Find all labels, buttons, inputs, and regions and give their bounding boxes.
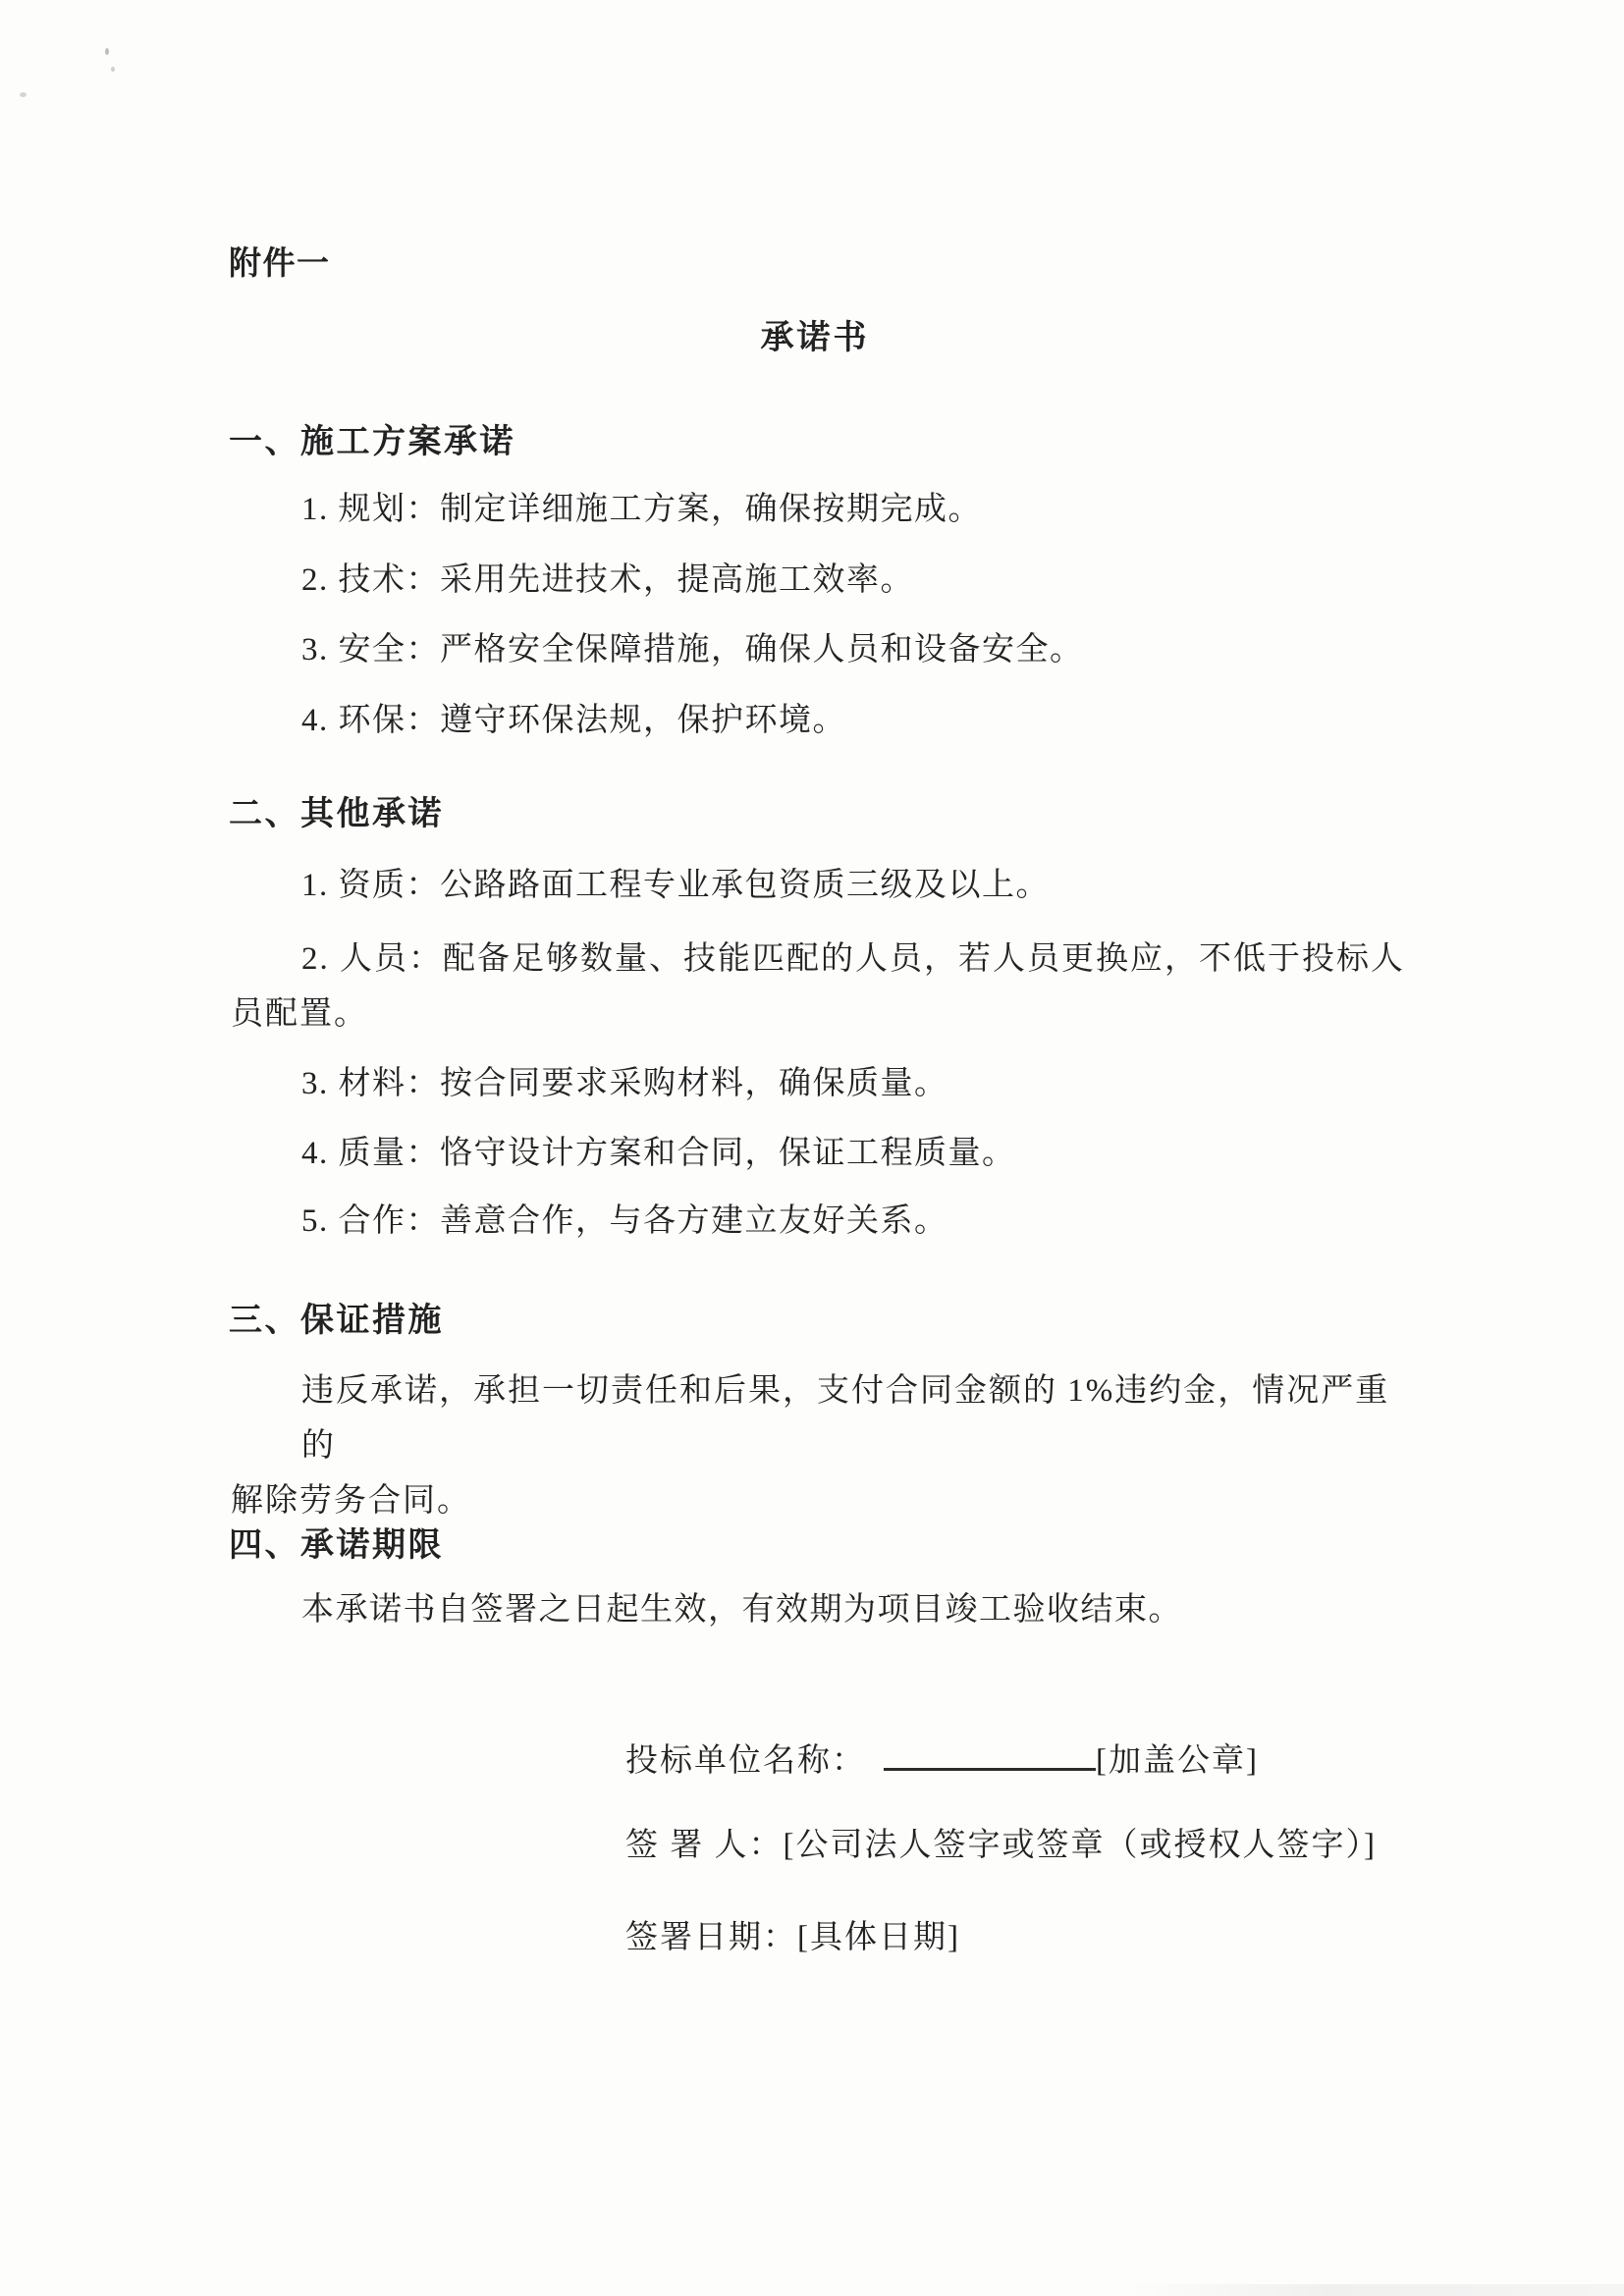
list-item-line: 员配置。 <box>231 987 1424 1041</box>
paragraph-line: 违反承诺，承担一切责任和后果，支付合同金额的 1%违约金，情况严重的 <box>231 1363 1424 1473</box>
signature-company-label: 投标单位名称： <box>625 1743 866 1779</box>
body-paragraph: 违反承诺，承担一切责任和后果，支付合同金额的 1%违约金，情况严重的 解除劳务合… <box>231 1363 1424 1528</box>
signature-signer-line: 签 署 人：[公司法人签字或签章（或授权人签字）] <box>625 1818 1377 1873</box>
list-item: 5. 合作：善意合作，与各方建立友好关系。 <box>301 1194 948 1249</box>
list-item: 4. 质量：恪守设计方案和合同，保证工程质量。 <box>301 1126 1016 1181</box>
signature-signer-label: 签 署 人： <box>625 1828 784 1863</box>
section-2-heading: 二、其他承诺 <box>229 786 444 841</box>
section-4-heading: 四、承诺期限 <box>229 1518 444 1573</box>
scan-speck <box>20 92 27 97</box>
list-item: 4. 环保：遵守环保法规，保护环境。 <box>301 693 846 748</box>
signature-date-value: [具体日期] <box>797 1920 960 1955</box>
signature-blank-line <box>884 1735 1096 1771</box>
list-item-wrapped: 2. 人员：配备足够数量、技能匹配的人员，若人员更换应，不低于投标人 员配置。 <box>231 932 1424 1041</box>
list-item: 1. 资质：公路路面工程专业承包资质三级及以上。 <box>301 858 1050 913</box>
section-1-heading: 一、施工方案承诺 <box>229 414 515 469</box>
list-item: 3. 安全：严格安全保障措施，确保人员和设备安全。 <box>301 622 1084 677</box>
scan-speck <box>105 48 109 55</box>
scan-edge-smudge <box>1129 2284 1624 2296</box>
list-item: 3. 材料：按合同要求采购材料，确保质量。 <box>301 1056 948 1111</box>
list-item-line: 2. 人员：配备足够数量、技能匹配的人员，若人员更换应，不低于投标人 <box>231 932 1424 987</box>
section-3-heading: 三、保证措施 <box>229 1293 444 1348</box>
scan-speck <box>111 67 115 72</box>
signature-company-line: 投标单位名称：[加盖公章] <box>625 1734 1259 1789</box>
signature-signer-value: [公司法人签字或签章（或授权人签字）] <box>784 1828 1377 1863</box>
attachment-label: 附件一 <box>229 236 331 291</box>
scanned-document-page: 附件一 承诺书 一、施工方案承诺 1. 规划：制定详细施工方案，确保按期完成。 … <box>0 0 1624 2296</box>
signature-date-label: 签署日期： <box>625 1920 797 1955</box>
list-item: 1. 规划：制定详细施工方案，确保按期完成。 <box>301 482 982 537</box>
signature-company-suffix: [加盖公章] <box>1096 1743 1259 1779</box>
body-paragraph: 本承诺书自签署之日起生效，有效期为项目竣工验收结束。 <box>301 1582 1182 1637</box>
list-item: 2. 技术：采用先进技术，提高施工效率。 <box>301 553 914 608</box>
signature-date-line: 签署日期：[具体日期] <box>625 1910 960 1965</box>
document-title: 承诺书 <box>231 311 1399 366</box>
